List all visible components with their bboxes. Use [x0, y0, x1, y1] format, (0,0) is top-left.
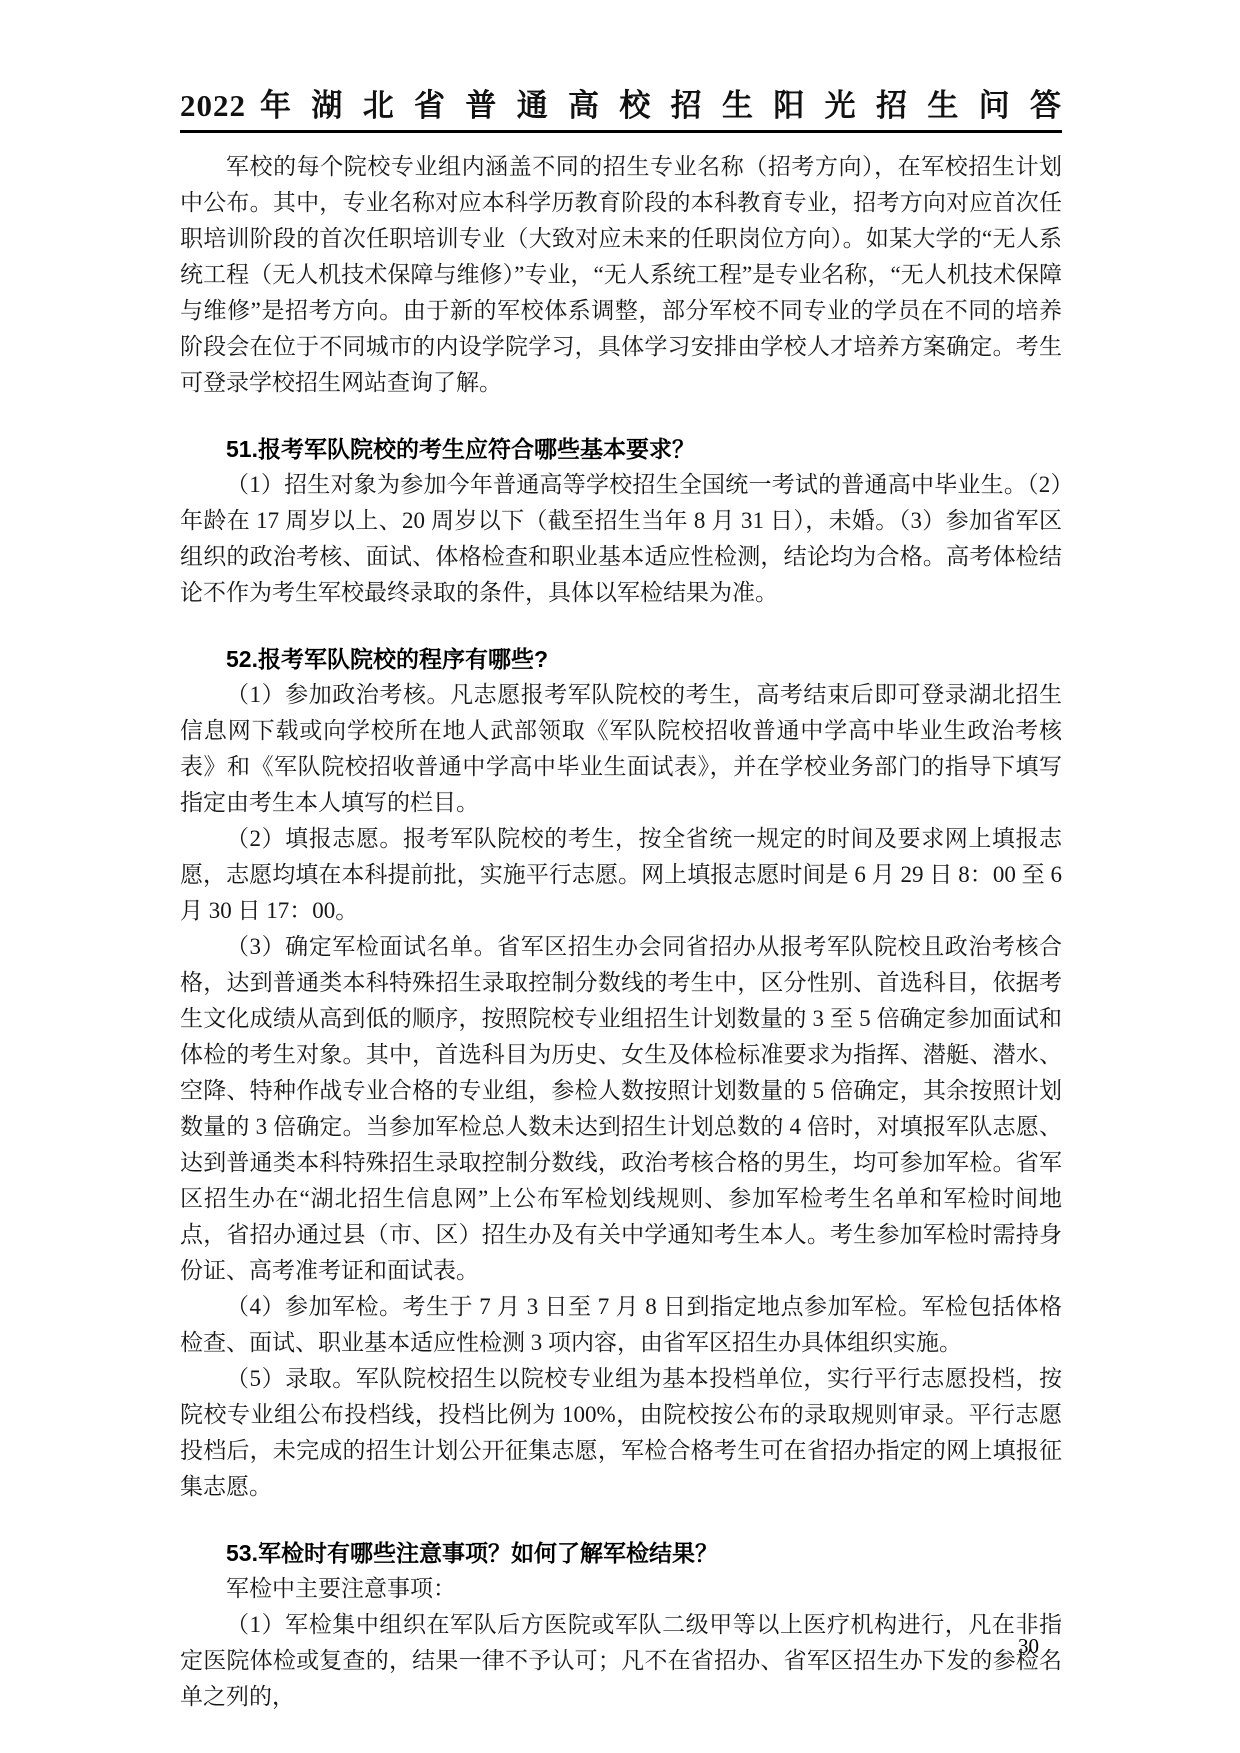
question-52-step-2: （2）填报志愿。报考军队院校的考生，按全省统一规定的时间及要求网上填报志愿，志愿… — [180, 821, 1062, 929]
intro-paragraph: 军校的每个院校专业组内涵盖不同的招生专业名称（招考方向），在军校招生计划中公布。… — [180, 149, 1062, 401]
question-53-heading: 53.军检时有哪些注意事项？如何了解军检结果？ — [180, 1535, 1062, 1571]
question-52-step-3: （3）确定军检面试名单。省军区招生办会同省招办从报考军队院校且政治考核合格，达到… — [180, 929, 1062, 1289]
document-title: 2022 年 湖 北 省 普 通 高 校 招 生 阳 光 招 生 问 答 — [180, 88, 1062, 133]
question-52-heading: 52.报考军队院校的程序有哪些? — [180, 641, 1062, 677]
document-page: 2022 年 湖 北 省 普 通 高 校 招 生 阳 光 招 生 问 答 军校的… — [0, 0, 1240, 1753]
question-51-heading: 51.报考军队院校的考生应符合哪些基本要求？ — [180, 431, 1062, 467]
page-number: 30 — [1018, 1634, 1039, 1659]
question-51-answer: （1）招生对象为参加今年普通高等学校招生全国统一考试的普通高中毕业生。（2）年龄… — [180, 467, 1062, 611]
question-53-note: 军检中主要注意事项： — [180, 1571, 1062, 1607]
question-53-item-1: （1）军检集中组织在军队后方医院或军队二级甲等以上医疗机构进行，凡在非指定医院体… — [180, 1607, 1062, 1715]
question-52-step-4: （4）参加军检。考生于 7 月 3 日至 7 月 8 日到指定地点参加军检。军检… — [180, 1289, 1062, 1361]
page-content: 2022 年 湖 北 省 普 通 高 校 招 生 阳 光 招 生 问 答 军校的… — [180, 88, 1062, 1715]
question-52-step-5: （5）录取。军队院校招生以院校专业组为基本投档单位，实行平行志愿投档，按院校专业… — [180, 1361, 1062, 1505]
question-52-step-1: （1）参加政治考核。凡志愿报考军队院校的考生，高考结束后即可登录湖北招生信息网下… — [180, 677, 1062, 821]
